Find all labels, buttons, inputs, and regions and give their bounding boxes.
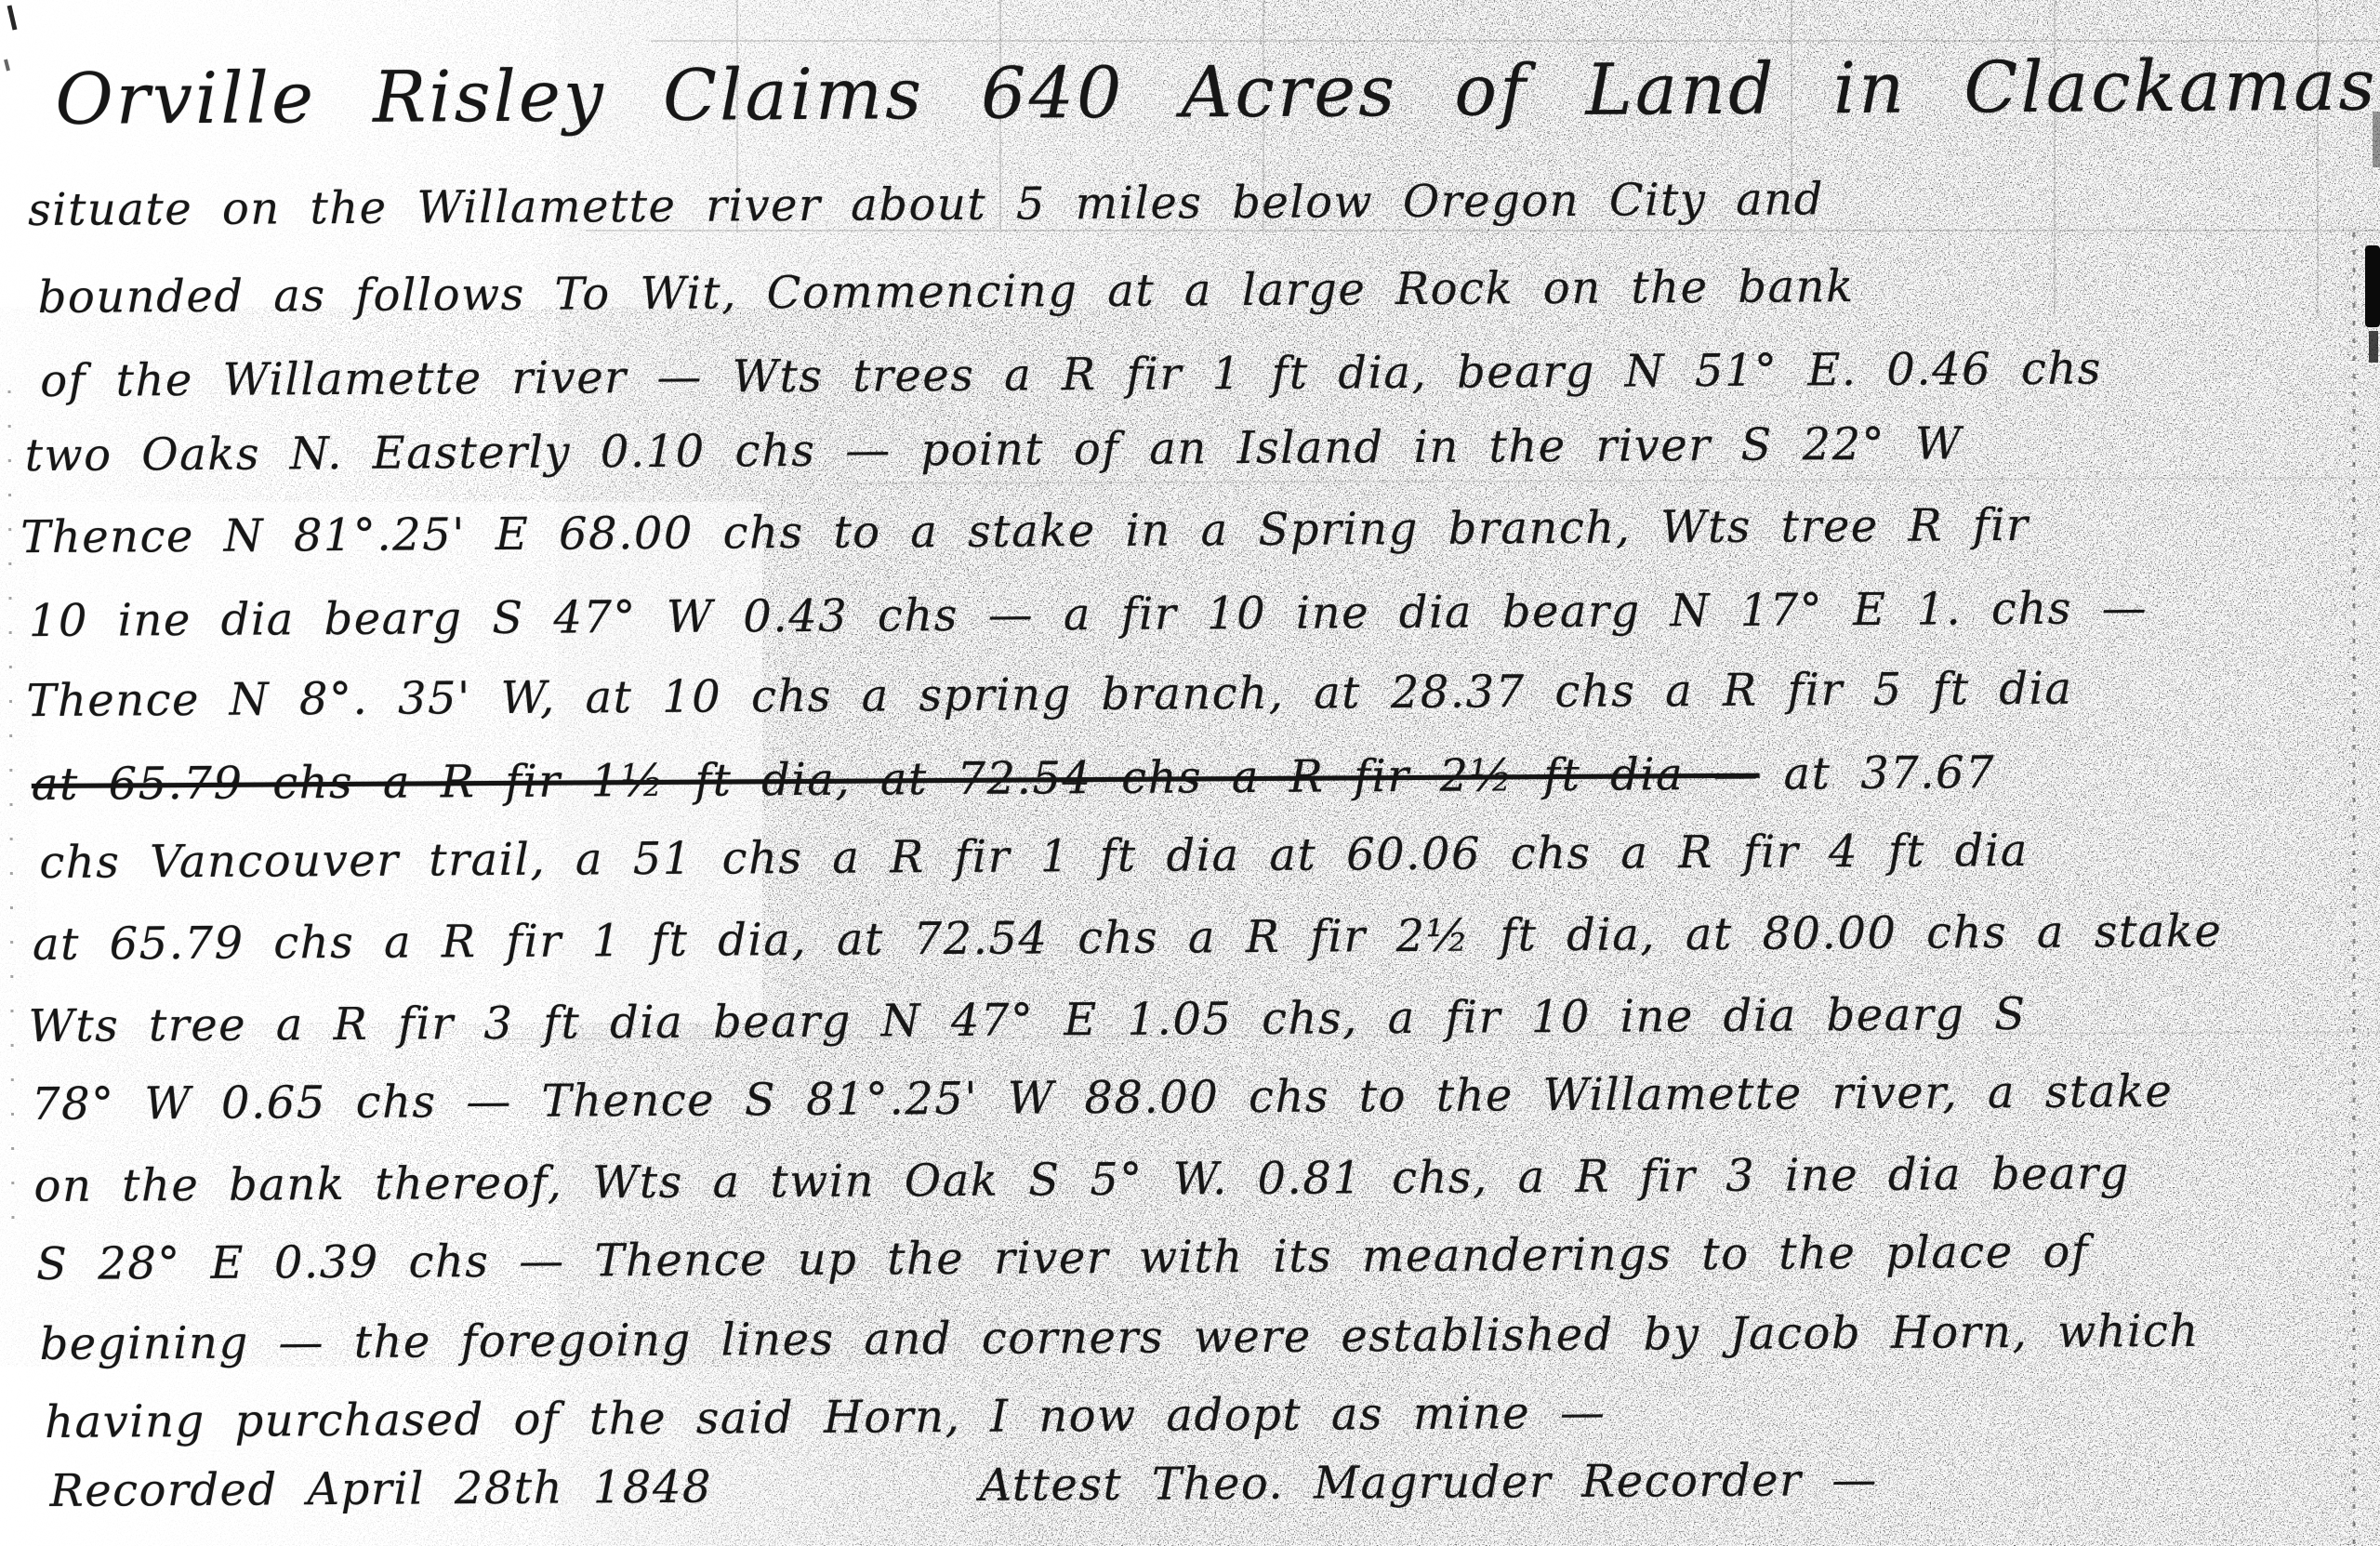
recording-attestation-line: Recorded April 28th 1848Attest Theo. Mag… xyxy=(49,1454,1877,1517)
document-line: chs Vancouver trail, a 51 chs a R fir 1 … xyxy=(39,825,2029,889)
claim-title-line: Orville Risley Claims 640 Acres of Land … xyxy=(55,41,2380,139)
document-page: Orville Risley Claims 640 Acres of Land … xyxy=(0,0,2380,1546)
document-line: having purchased of the said Horn, I now… xyxy=(45,1387,1606,1448)
attest-recorder-text: Attest Theo. Magruder Recorder — xyxy=(979,1454,1878,1512)
document-line: begining — the foregoing lines and corne… xyxy=(39,1305,2199,1370)
struck-out-line: at 65.79 chs a R fir 1½ ft dia, at 72.54… xyxy=(32,747,1996,811)
document-line: 78° W 0.65 chs — Thence S 81°.25' W 88.0… xyxy=(32,1065,2174,1130)
document-line: two Oaks N. Easterly 0.10 chs — point of… xyxy=(25,417,1963,482)
document-line: S 28° E 0.39 chs — Thence up the river w… xyxy=(36,1226,2089,1290)
recorded-date-text: Recorded April 28th 1848 xyxy=(49,1460,979,1517)
document-line: bounded as follows To Wit, Commencing at… xyxy=(38,260,1855,324)
document-line: situate on the Willamette river about 5 … xyxy=(28,173,1824,236)
document-line: on the bank thereof, Wts a twin Oak S 5°… xyxy=(33,1147,2130,1212)
handwritten-text-layer: Orville Risley Claims 640 Acres of Land … xyxy=(0,0,2380,1546)
document-line: of the Willamette river — Wts trees a R … xyxy=(40,342,2102,407)
document-line: Wts tree a R fir 3 ft dia bearg N 47° E … xyxy=(28,988,2026,1052)
document-line: Thence N 81°.25' E 68.00 chs to a stake … xyxy=(20,499,2029,563)
struck-line-tail-text: at 37.67 xyxy=(1783,747,1995,799)
document-line: at 65.79 chs a R fir 1 ft dia, at 72.54 … xyxy=(33,905,2223,971)
struck-out-text: at 65.79 chs a R fir 1½ ft dia, at 72.54… xyxy=(32,748,1760,811)
document-line: Thence N 8°. 35' W, at 10 chs a spring b… xyxy=(26,663,2072,727)
document-line: 10 ine dia bearg S 47° W 0.43 chs — a fi… xyxy=(29,582,2149,647)
